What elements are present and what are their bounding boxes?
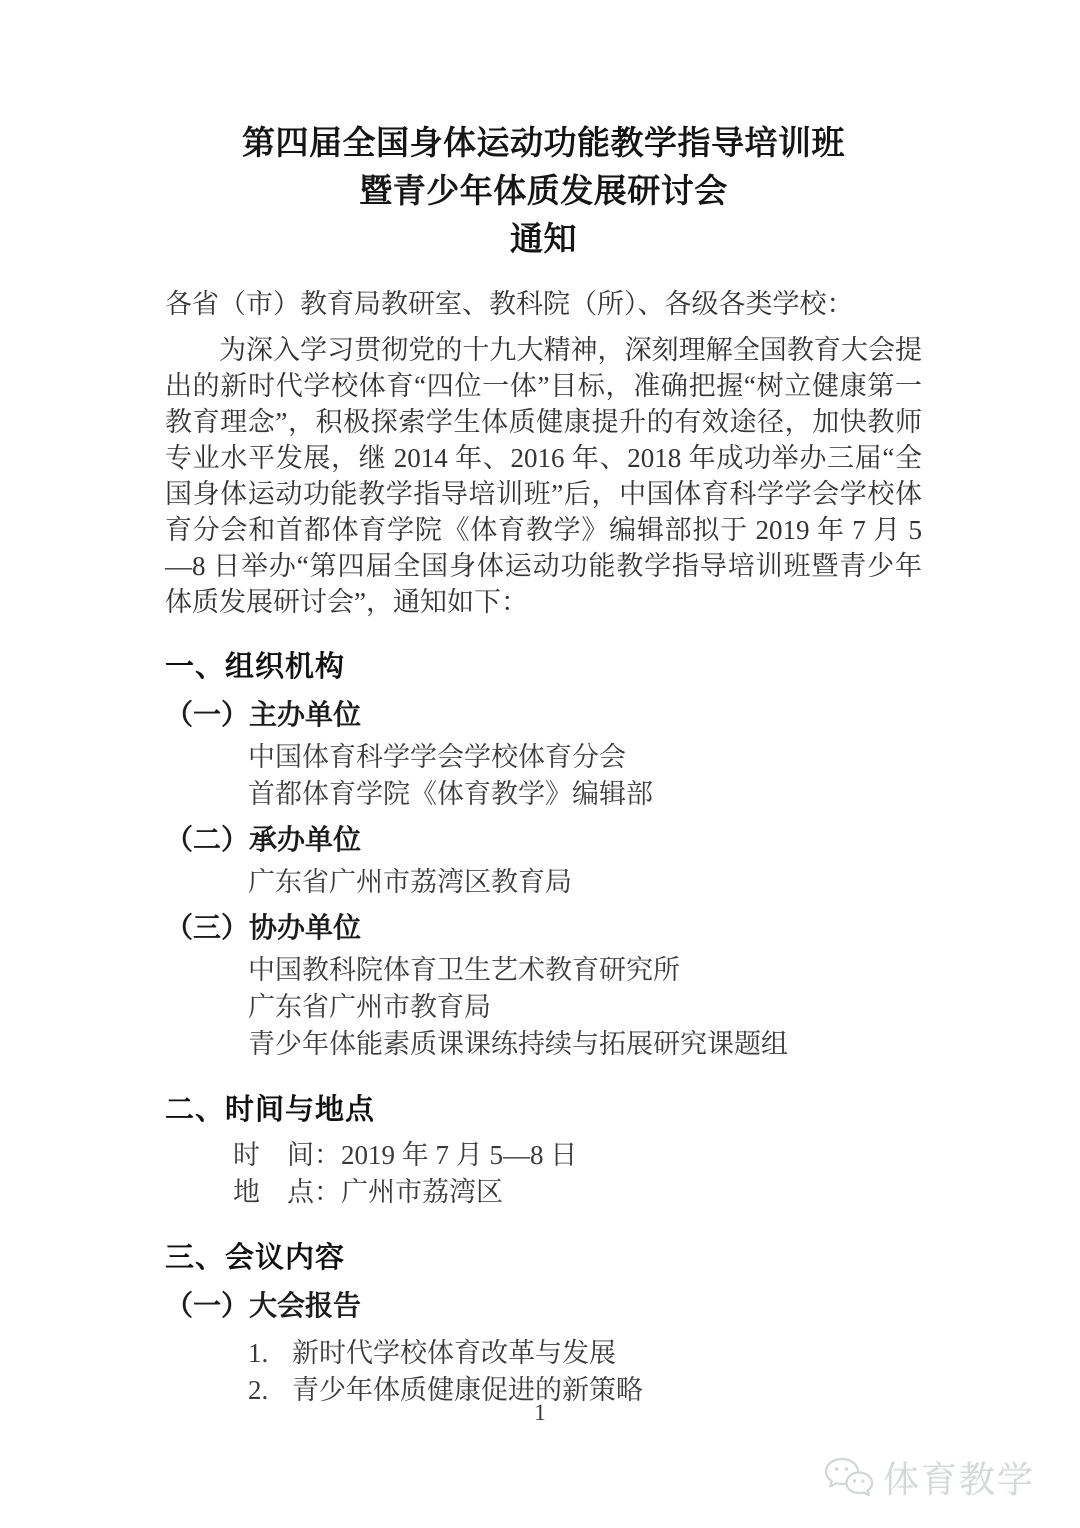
section-3-sub-1-heading: （一）大会报告 bbox=[165, 1287, 922, 1327]
section-2-heading: 二、时间与地点 bbox=[165, 1089, 922, 1131]
section-1-sub-3-heading: （三）协办单位 bbox=[165, 909, 922, 949]
org-item: 广东省广州市教育局 bbox=[248, 989, 922, 1026]
time-line: 时 间：2019 年 7 月 5—8 日 bbox=[233, 1137, 922, 1174]
report-item-number: 1. bbox=[248, 1335, 292, 1372]
salutation-line: 各省（市）教育局教研室、教科院（所）、各级各类学校： bbox=[165, 286, 922, 322]
time-place-list: 时 间：2019 年 7 月 5—8 日 地 点：广州市荔湾区 bbox=[233, 1137, 922, 1211]
wechat-icon bbox=[819, 1454, 877, 1502]
section-1-heading: 一、组织机构 bbox=[165, 646, 922, 688]
title-line-3: 通知 bbox=[165, 216, 922, 264]
title-line-1: 第四届全国身体运动功能教学指导培训班 bbox=[165, 120, 922, 168]
organizer-org-list: 广东省广州市荔湾区教育局 bbox=[248, 864, 922, 901]
report-item-text: 新时代学校体育改革与发展 bbox=[292, 1338, 616, 1368]
intro-paragraph: 为深入学习贯彻党的十九大精神，深刻理解全国教育大会提出的新时代学校体育“四位一体… bbox=[165, 332, 922, 620]
report-item: 1.新时代学校体育改革与发展 bbox=[248, 1335, 922, 1372]
watermark: 体育教学 bbox=[819, 1452, 1035, 1503]
org-item: 广东省广州市荔湾区教育局 bbox=[248, 864, 922, 901]
watermark-label: 体育教学 bbox=[883, 1452, 1035, 1503]
section-1-sub-1-heading: （一）主办单位 bbox=[165, 696, 922, 736]
report-list: 1.新时代学校体育改革与发展 2.青少年体质健康促进的新策略 bbox=[248, 1335, 922, 1409]
org-item: 首都体育学院《体育教学》编辑部 bbox=[248, 776, 922, 813]
section-1-sub-2-heading: （二）承办单位 bbox=[165, 821, 922, 861]
org-item: 中国体育科学学会学校体育分会 bbox=[248, 739, 922, 776]
place-line: 地 点：广州市荔湾区 bbox=[233, 1174, 922, 1211]
org-item: 中国教科院体育卫生艺术教育研究所 bbox=[248, 952, 922, 989]
section-3-heading: 三、会议内容 bbox=[165, 1237, 922, 1279]
document-page: 第四届全国身体运动功能教学指导培训班 暨青少年体质发展研讨会 通知 各省（市）教… bbox=[0, 0, 1080, 1528]
title-line-2: 暨青少年体质发展研讨会 bbox=[165, 168, 922, 216]
document-content: 第四届全国身体运动功能教学指导培训班 暨青少年体质发展研讨会 通知 各省（市）教… bbox=[0, 0, 1080, 1409]
document-title: 第四届全国身体运动功能教学指导培训班 暨青少年体质发展研讨会 通知 bbox=[165, 120, 922, 264]
co-organizer-org-list: 中国教科院体育卫生艺术教育研究所 广东省广州市教育局 青少年体能素质课课练持续与… bbox=[248, 952, 922, 1063]
page-number: 1 bbox=[0, 1400, 1080, 1426]
org-item: 青少年体能素质课课练持续与拓展研究课题组 bbox=[248, 1026, 922, 1063]
host-org-list: 中国体育科学学会学校体育分会 首都体育学院《体育教学》编辑部 bbox=[248, 739, 922, 813]
